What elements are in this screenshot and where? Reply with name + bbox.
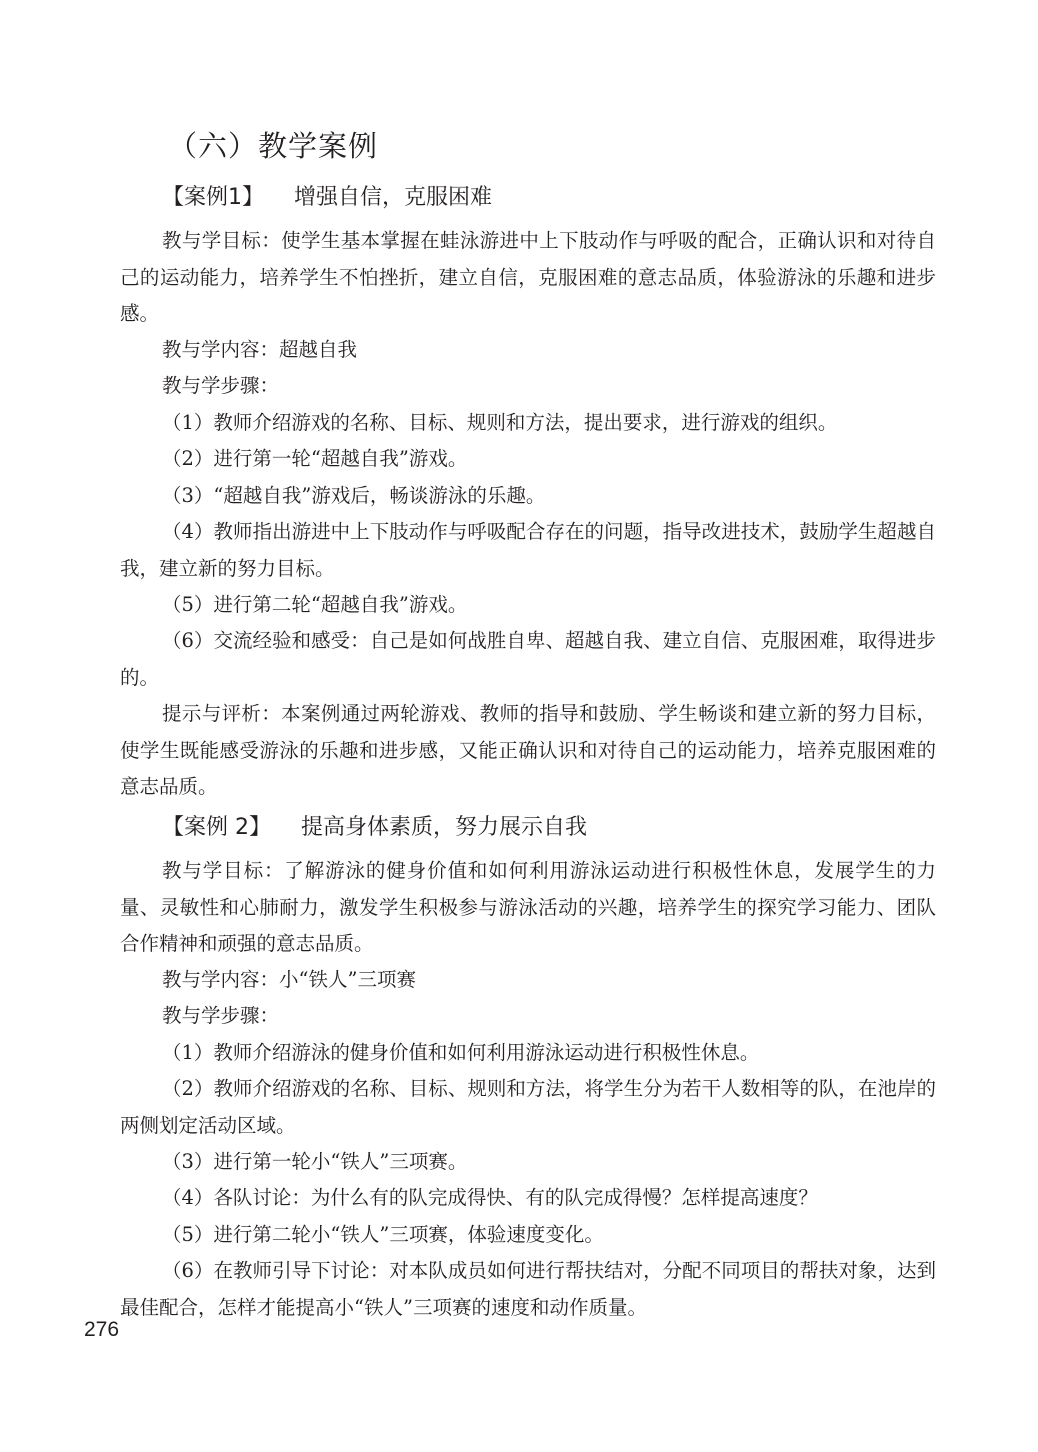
case-1-step-6: （6）交流经验和感受：自己是如何战胜自卑、超越自我、建立自信、克服困难，取得进步… (120, 623, 936, 696)
case-2-step-4: （4）各队讨论：为什么有的队完成得快、有的队完成得慢？怎样提高速度？ (120, 1180, 936, 1217)
case-1-step-2: （2）进行第一轮“超越自我”游戏。 (120, 441, 936, 478)
case-1-step-4: （4）教师指出游进中上下肢动作与呼吸配合存在的问题，指导改进技术，鼓励学生超越自… (120, 514, 936, 587)
page-number: 276 (84, 1316, 119, 1344)
case-2-heading: 【案例 2】提高身体素质，努力展示自我 (162, 812, 587, 844)
case-1-step-5: （5）进行第二轮“超越自我”游戏。 (120, 587, 936, 624)
case-2-step-3: （3）进行第一轮小“铁人”三项赛。 (120, 1144, 936, 1181)
case-1-title: 增强自信，克服困难 (294, 185, 492, 210)
case-2-step-6: （6）在教师引导下讨论：对本队成员如何进行帮扶结对，分配不同项目的帮扶对象，达到… (120, 1253, 936, 1326)
case-1-step-3: （3）“超越自我”游戏后，畅谈游泳的乐趣。 (120, 478, 936, 515)
case-1-comment: 提示与评析：本案例通过两轮游戏、教师的指导和鼓励、学生畅谈和建立新的努力目标，使… (120, 696, 936, 806)
case-2-step-2: （2）教师介绍游戏的名称、目标、规则和方法，将学生分为若干人数相等的队，在池岸的… (120, 1071, 936, 1144)
case-1-tag: 【案例1】 (162, 182, 264, 214)
case-2-step-1: （1）教师介绍游泳的健身价值和如何利用游泳运动进行积极性休息。 (120, 1035, 936, 1072)
case-2-goal: 教与学目标：了解游泳的健身价值和如何利用游泳运动进行积极性休息，发展学生的力量、… (120, 853, 936, 963)
section-title: （六）教学案例 (168, 126, 378, 166)
case-2-steps-label: 教与学步骤： (120, 998, 936, 1035)
case-2-step-5: （5）进行第二轮小“铁人”三项赛，体验速度变化。 (120, 1217, 936, 1254)
case-1-step-1: （1）教师介绍游戏的名称、目标、规则和方法，提出要求，进行游戏的组织。 (120, 405, 936, 442)
case-1-goal: 教与学目标：使学生基本掌握在蛙泳游进中上下肢动作与呼吸的配合，正确认识和对待自己… (120, 223, 936, 333)
case-1-content: 教与学内容：超越自我 (120, 332, 936, 369)
case-1-steps-label: 教与学步骤： (120, 368, 936, 405)
case-2-title: 提高身体素质，努力展示自我 (301, 815, 587, 840)
case-2-tag: 【案例 2】 (162, 812, 271, 844)
case-1-heading: 【案例1】增强自信，克服困难 (162, 182, 492, 214)
case-2-content: 教与学内容：小“铁人”三项赛 (120, 962, 936, 999)
